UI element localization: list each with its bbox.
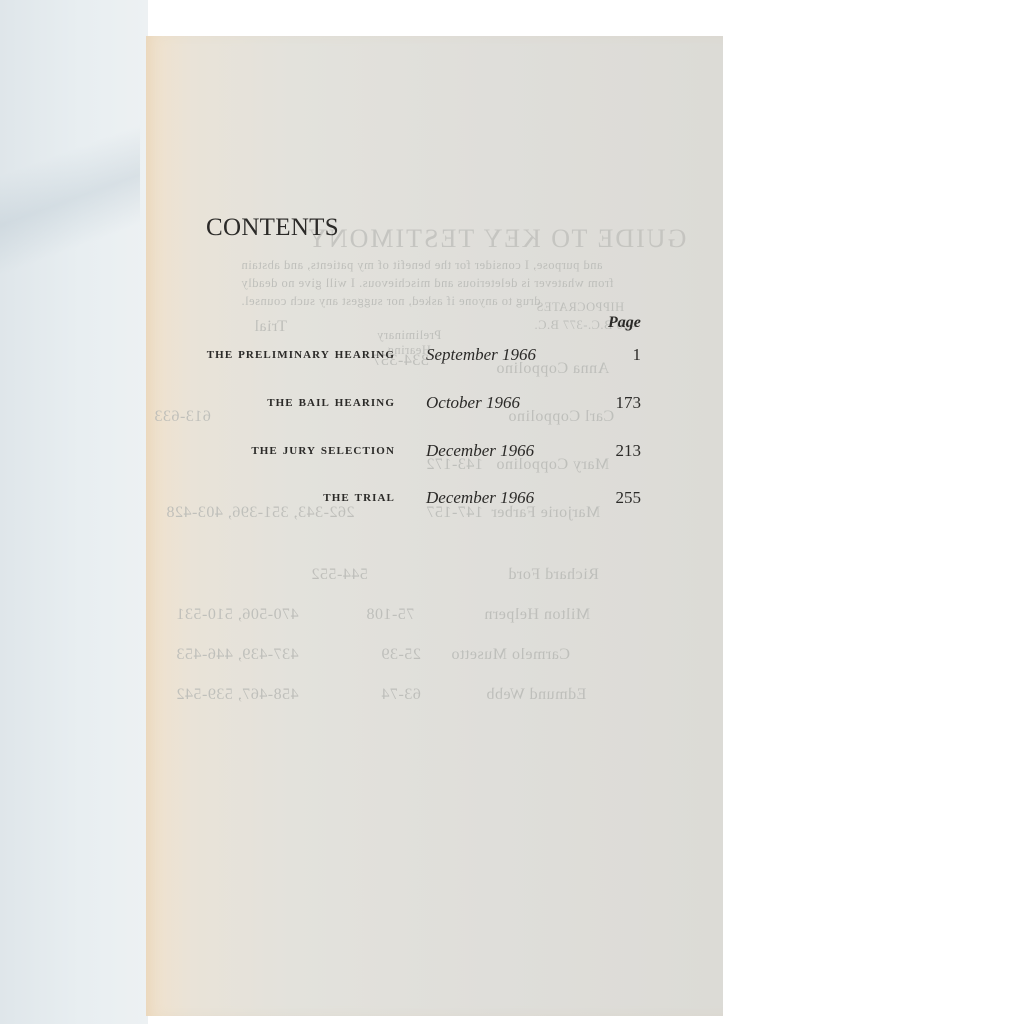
- toc-section-title: THE TRIAL: [323, 489, 395, 506]
- bleed-through-row-trial: 437-439, 446-453: [176, 646, 299, 664]
- toc-section-title: THE PRELIMINARY HEARING: [207, 346, 395, 363]
- toc-section-title: THE JURY SELECTION: [251, 442, 395, 459]
- bleed-through-quote-line: and purpose, I consider for the benefit …: [241, 258, 603, 273]
- toc-date: October 1966: [426, 393, 520, 413]
- left-page: [0, 0, 148, 1024]
- bleed-through-quote-line: drug to anyone if asked, nor suggest any…: [241, 294, 541, 309]
- bleed-through-attribution: HIPPOCRATES: [536, 300, 624, 315]
- toc-entry: THE TRIAL December 1966 255: [146, 489, 723, 513]
- bleed-through-row-trial: 544-552: [311, 566, 368, 584]
- toc-page-number: 1: [633, 345, 642, 365]
- bleed-through-row-name: Carmelo Musetto: [451, 646, 570, 664]
- toc-page-number: 255: [616, 488, 642, 508]
- toc-page-number: 213: [616, 441, 642, 461]
- bleed-through-row-name: Richard Ford: [508, 566, 599, 584]
- bleed-through-row-name: Milton Helpern: [484, 606, 590, 624]
- bleed-through-col-trial: Trial: [254, 318, 287, 336]
- bleed-through-row-name: Edmund Webb: [486, 686, 586, 704]
- right-page: GUIDE TO KEY TESTIMONY and purpose, I co…: [146, 36, 723, 1016]
- toc-page-number: 173: [616, 393, 642, 413]
- toc-entry: THE BAIL HEARING October 1966 173: [146, 394, 723, 418]
- page-title: CONTENTS: [206, 214, 339, 242]
- page-column-header: Page: [608, 314, 641, 332]
- toc-date: September 1966: [426, 345, 536, 365]
- bleed-through-row-trial: 470-506, 510-531: [176, 606, 299, 624]
- bleed-through-row-trial: 458-467, 539-542: [176, 686, 299, 704]
- toc-section-title: THE BAIL HEARING: [267, 394, 395, 411]
- bleed-through-row-prelim: 25-39: [381, 646, 421, 664]
- toc-date: December 1966: [426, 441, 534, 461]
- toc-date: December 1966: [426, 488, 534, 508]
- bleed-through-row-prelim: 75-108: [366, 606, 414, 624]
- toc-entry: THE JURY SELECTION December 1966 213: [146, 442, 723, 466]
- bleed-through-quote-line: from whatever is deleterious and mischie…: [241, 276, 614, 291]
- bleed-through-row-prelim: 63-74: [381, 686, 421, 704]
- toc-entry: THE PRELIMINARY HEARING September 1966 1: [146, 346, 723, 370]
- bleed-through-title: GUIDE TO KEY TESTIMONY: [306, 224, 686, 254]
